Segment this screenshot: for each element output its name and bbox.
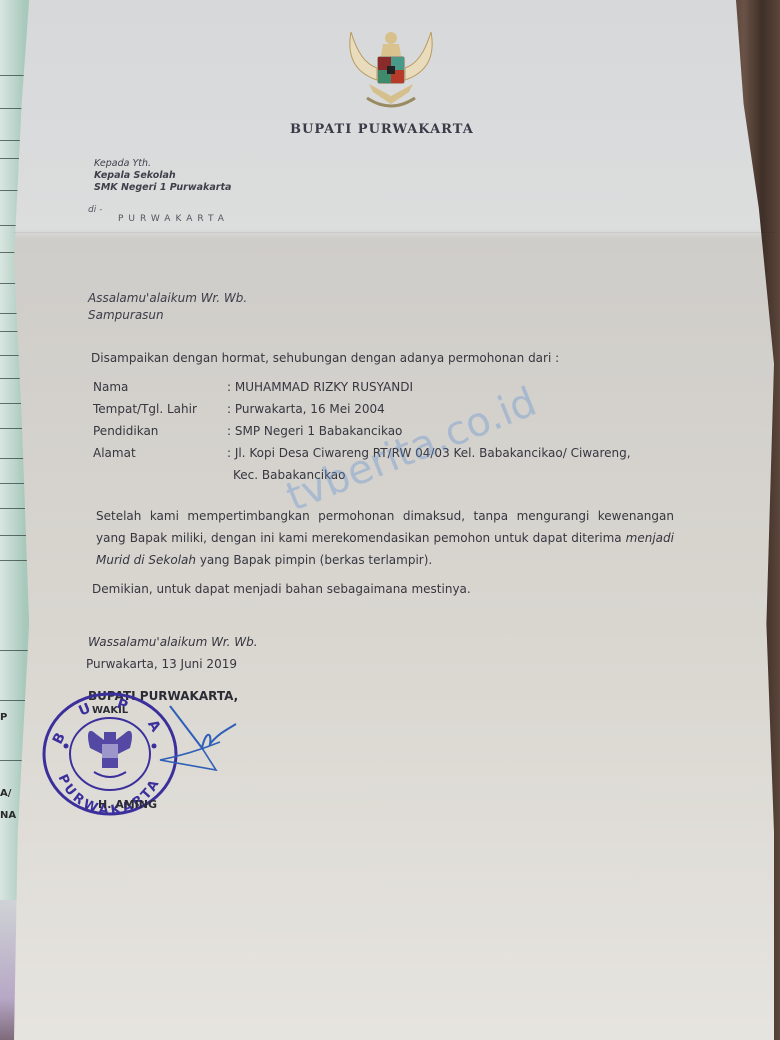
- addressee-salutation: Kepada Yth.: [94, 158, 231, 170]
- detail-label: Alamat: [93, 446, 223, 460]
- closing-text: Demikian, untuk dapat menjadi bahan seba…: [92, 582, 471, 596]
- detail-value: : MUHAMMAD RIZKY RUSYANDI: [227, 380, 413, 394]
- paragraph-text: Setelah kami mempertimbangkan permohonan…: [96, 509, 674, 545]
- letterhead-title: BUPATI PURWAKARTA: [290, 122, 474, 137]
- garuda-emblem-icon: [343, 24, 439, 116]
- place-date: Purwakarta, 13 Juni 2019: [86, 657, 237, 671]
- closing-salam: Wassalamu'alaikum Wr. Wb.: [88, 635, 258, 649]
- greeting-sampurasun: Sampurasun: [88, 307, 247, 324]
- detail-label: Tempat/Tgl. Lahir: [93, 402, 223, 416]
- greeting: Assalamu'alaikum Wr. Wb. Sampurasun: [88, 290, 247, 324]
- ledger-fragment: NA: [0, 810, 16, 821]
- handwritten-signature: [140, 700, 250, 780]
- recommendation-paragraph: Setelah kami mempertimbangkan permohonan…: [96, 505, 674, 571]
- intro-text: Disampaikan dengan hormat, sehubungan de…: [91, 351, 559, 365]
- addressee-city: PURWAKARTA: [118, 214, 229, 224]
- greeting-salam: Assalamu'alaikum Wr. Wb.: [88, 290, 247, 307]
- ledger-fragment: A/: [0, 788, 11, 799]
- detail-value: : Purwakarta, 16 Mei 2004: [227, 402, 385, 416]
- detail-value: : SMP Negeri 1 Babakancikao: [227, 424, 402, 438]
- detail-label: Pendidikan: [93, 424, 223, 438]
- addressee-position: Kepala Sekolah: [94, 170, 231, 182]
- ledger-fragment: P: [0, 712, 7, 723]
- paper-fold-line: [14, 232, 774, 233]
- detail-label: Nama: [93, 380, 223, 394]
- signatory-name: H. AMING: [98, 798, 157, 811]
- addressee-block: Kepada Yth. Kepala Sekolah SMK Negeri 1 …: [94, 158, 231, 194]
- paragraph-tail: yang Bapak pimpin (berkas terlampir).: [196, 553, 432, 567]
- addressee-school: SMK Negeri 1 Purwakarta: [94, 182, 231, 194]
- addressee-di: di -: [88, 205, 102, 215]
